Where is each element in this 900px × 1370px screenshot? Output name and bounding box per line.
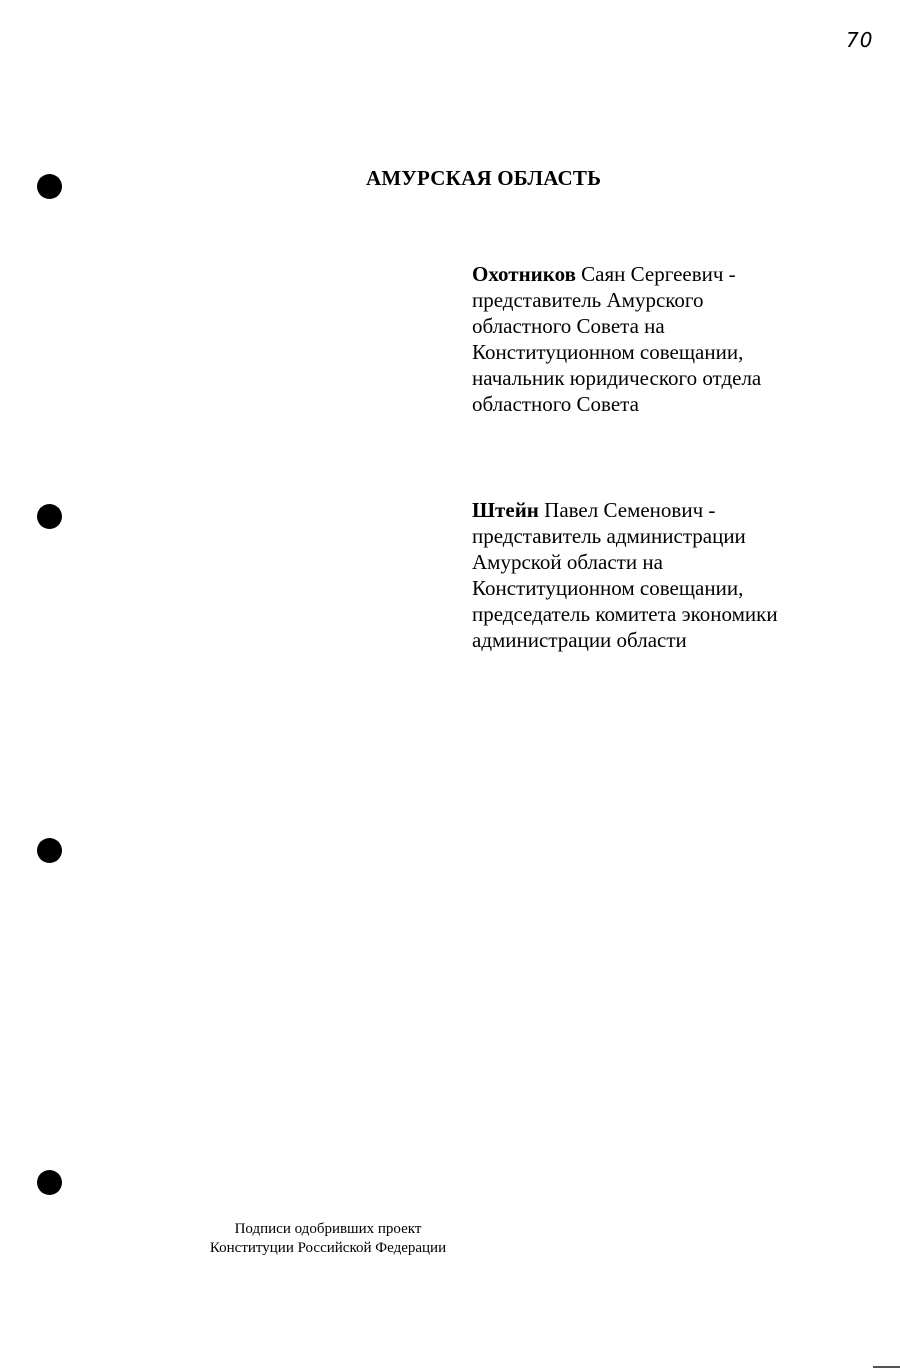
- entry-line: Конституционном совещании,: [472, 575, 778, 601]
- entry-given-names: Саян Сергеевич -: [576, 262, 736, 286]
- scan-edge-mark: [873, 1366, 900, 1368]
- entry-given-names: Павел Семенович -: [539, 498, 715, 522]
- entry-name-line: Штейн Павел Семенович -: [472, 497, 778, 523]
- entry-name-line: Охотников Саян Сергеевич -: [472, 261, 761, 287]
- entry-line: областного Совета: [472, 391, 761, 417]
- entry-line: представитель Амурского: [472, 287, 761, 313]
- representative-entry: Штейн Павел Семенович - представитель ад…: [472, 497, 778, 653]
- entry-line: председатель комитета экономики: [472, 601, 778, 627]
- representative-entry: Охотников Саян Сергеевич - представитель…: [472, 261, 761, 417]
- entry-surname: Охотников: [472, 262, 576, 286]
- entry-line: областного Совета на: [472, 313, 761, 339]
- footer-line-2: Конституции Российской Федерации: [190, 1239, 466, 1258]
- footer-line-1: Подписи одобривших проект: [190, 1220, 466, 1239]
- binder-hole-icon: [37, 1170, 62, 1195]
- region-title: АМУРСКАЯ ОБЛАСТЬ: [366, 166, 601, 191]
- entry-line: представитель администрации: [472, 523, 778, 549]
- entry-line: Амурской области на: [472, 549, 778, 575]
- footer-caption: Подписи одобривших проект Конституции Ро…: [190, 1220, 466, 1258]
- binder-hole-icon: [37, 174, 62, 199]
- binder-hole-icon: [37, 838, 62, 863]
- entry-surname: Штейн: [472, 498, 539, 522]
- binder-hole-icon: [37, 504, 62, 529]
- page-number: 70: [846, 28, 873, 52]
- entry-line: администрации области: [472, 627, 778, 653]
- entry-line: начальник юридического отдела: [472, 365, 761, 391]
- entry-line: Конституционном совещании,: [472, 339, 761, 365]
